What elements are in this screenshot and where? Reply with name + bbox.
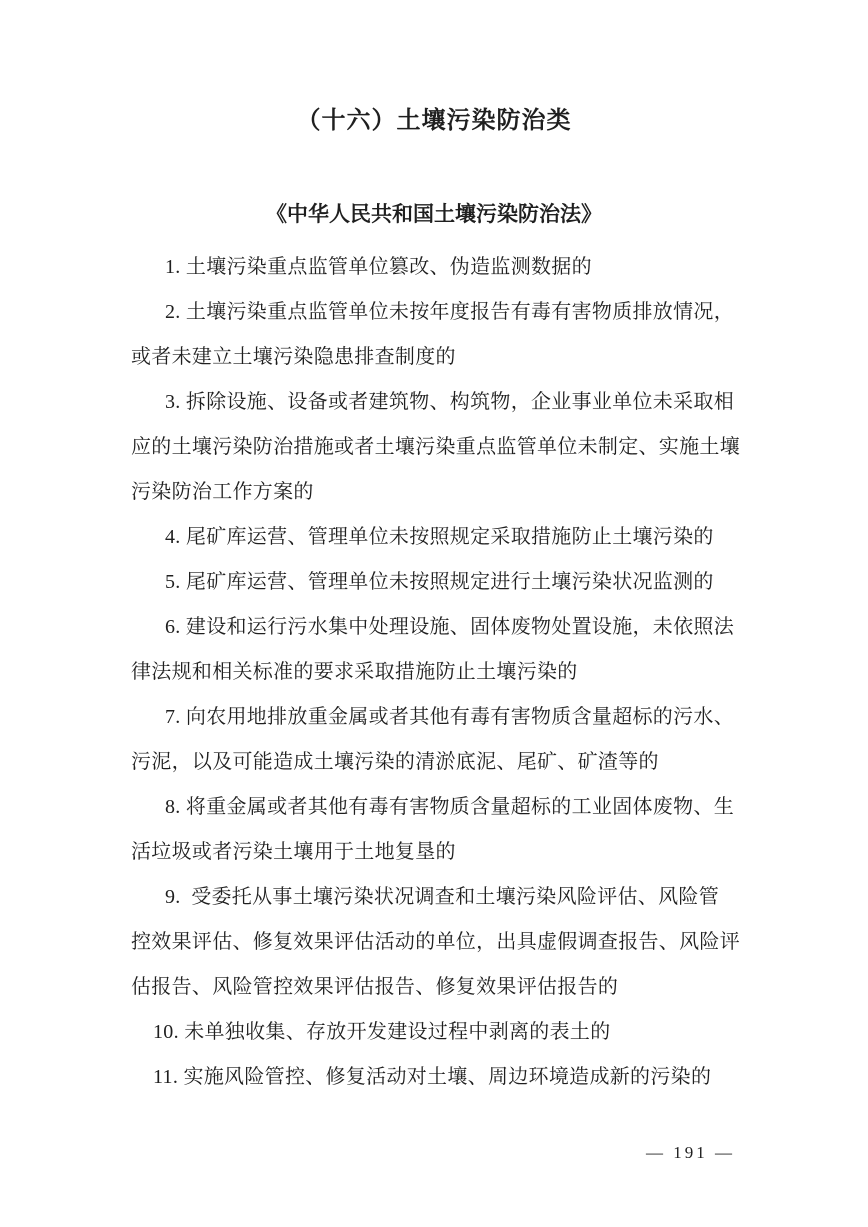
text-line: 2. 土壤污染重点监管单位未按年度报告有毒有害物质排放情况，: [131, 290, 751, 335]
text-line: 控效果评估、修复效果评估活动的单位，出具虚假调查报告、风险评: [131, 920, 751, 965]
text-line: 估报告、风险管控效果评估报告、修复效果评估报告的: [131, 965, 751, 1010]
law-item: 6. 建设和运行污水集中处理设施、固体废物处置设施，未依照法 律法规和相关标准的…: [131, 605, 751, 695]
text-line: 活垃圾或者污染土壤用于土地复垦的: [131, 830, 751, 875]
page-number: — 191 —: [646, 1138, 735, 1168]
law-item: 2. 土壤污染重点监管单位未按年度报告有毒有害物质排放情况， 或者未建立土壤污染…: [131, 290, 751, 380]
item-list: 1. 土壤污染重点监管单位篡改、伪造监测数据的 2. 土壤污染重点监管单位未按年…: [131, 245, 751, 1100]
law-item: 11. 实施风险管控、修复活动对土壤、周边环境造成新的污染的: [131, 1055, 751, 1100]
law-title: 《中华人民共和国土壤污染防治法》: [0, 194, 868, 234]
text-line: 或者未建立土壤污染隐患排查制度的: [131, 335, 751, 380]
text-line: 应的土壤污染防治措施或者土壤污染重点监管单位未制定、实施土壤: [131, 425, 751, 470]
text-line: 8. 将重金属或者其他有毒有害物质含量超标的工业固体废物、生: [131, 785, 751, 830]
text-line: 6. 建设和运行污水集中处理设施、固体废物处置设施，未依照法: [131, 605, 751, 650]
law-item: 7. 向农用地排放重金属或者其他有毒有害物质含量超标的污水、 污泥，以及可能造成…: [131, 695, 751, 785]
text-line: 5. 尾矿库运营、管理单位未按照规定进行土壤污染状况监测的: [131, 560, 751, 605]
law-item: 3. 拆除设施、设备或者建筑物、构筑物，企业事业单位未采取相 应的土壤污染防治措…: [131, 380, 751, 515]
text-line: 污泥，以及可能造成土壤污染的清淤底泥、尾矿、矿渣等的: [131, 740, 751, 785]
text-line: 11. 实施风险管控、修复活动对土壤、周边环境造成新的污染的: [131, 1055, 751, 1100]
text-line: 4. 尾矿库运营、管理单位未按照规定采取措施防止土壤污染的: [131, 515, 751, 560]
law-item: 4. 尾矿库运营、管理单位未按照规定采取措施防止土壤污染的: [131, 515, 751, 560]
text-line: 3. 拆除设施、设备或者建筑物、构筑物，企业事业单位未采取相: [131, 380, 751, 425]
text-line: 1. 土壤污染重点监管单位篡改、伪造监测数据的: [131, 245, 751, 290]
text-line: 污染防治工作方案的: [131, 470, 751, 515]
law-item: 8. 将重金属或者其他有毒有害物质含量超标的工业固体废物、生 活垃圾或者污染土壤…: [131, 785, 751, 875]
text-line: 10. 未单独收集、存放开发建设过程中剥离的表土的: [131, 1010, 751, 1055]
law-item: 9. 受委托从事土壤污染状况调查和土壤污染风险评估、风险管 控效果评估、修复效果…: [131, 875, 751, 1010]
document-page: （十六）土壤污染防治类 《中华人民共和国土壤污染防治法》 1. 土壤污染重点监管…: [0, 0, 868, 1227]
law-item: 10. 未单独收集、存放开发建设过程中剥离的表土的: [131, 1010, 751, 1055]
law-item: 1. 土壤污染重点监管单位篡改、伪造监测数据的: [131, 245, 751, 290]
law-item: 5. 尾矿库运营、管理单位未按照规定进行土壤污染状况监测的: [131, 560, 751, 605]
text-line: 9. 受委托从事土壤污染状况调查和土壤污染风险评估、风险管: [131, 875, 751, 920]
page-title: （十六）土壤污染防治类: [0, 102, 868, 140]
text-line: 7. 向农用地排放重金属或者其他有毒有害物质含量超标的污水、: [131, 695, 751, 740]
text-line: 律法规和相关标准的要求采取措施防止土壤污染的: [131, 650, 751, 695]
